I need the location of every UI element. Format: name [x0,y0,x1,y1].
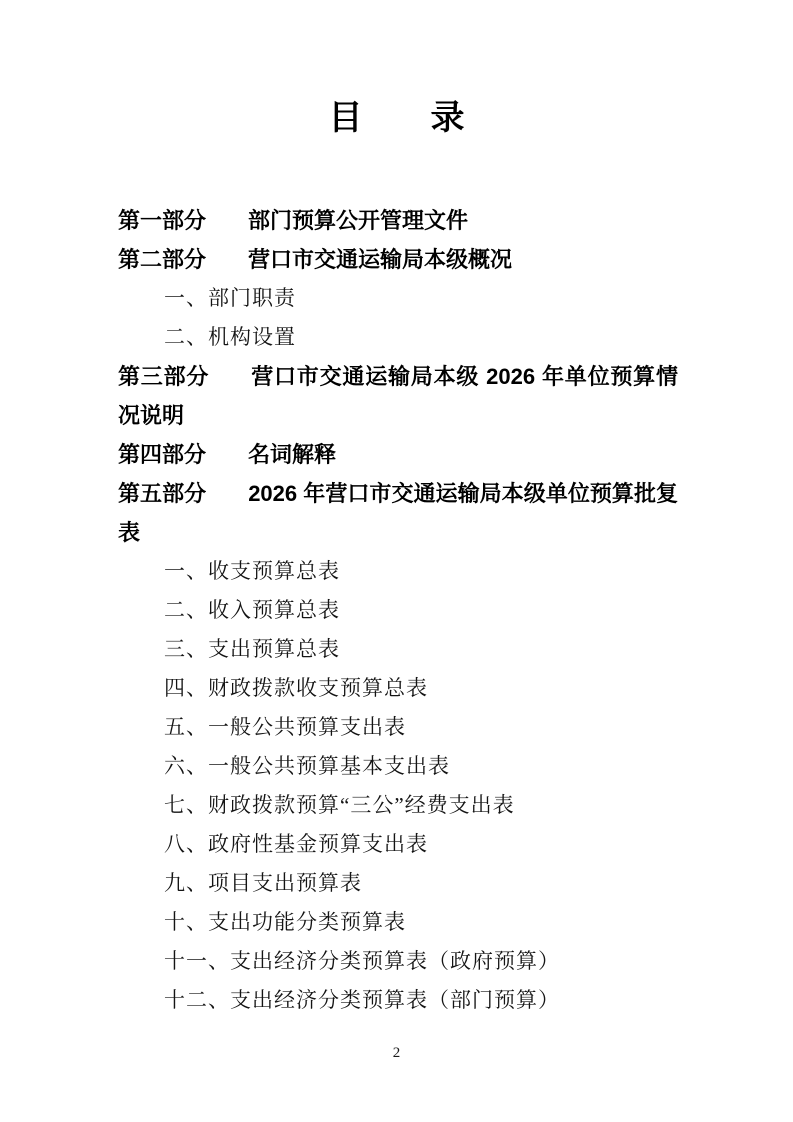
toc-entry-part-3: 第三部分营口市交通运输局本级 2026 年单位预算情况说明 [118,357,678,435]
toc-part-label: 第二部分 [118,247,206,272]
toc-part-text: 部门预算公开管理文件 [248,208,468,233]
page-title: 目 录 [0,95,793,141]
toc-entry-part-1: 第一部分部门预算公开管理文件 [118,201,678,240]
page-number: 2 [0,1045,793,1062]
toc-part-label: 第三部分 [118,364,209,389]
toc-entry-part-2: 第二部分营口市交通运输局本级概况 [118,240,678,279]
toc-entry-sub: 四、财政拨款收支预算总表 [118,669,678,708]
toc-entry-sub: 八、政府性基金预算支出表 [118,825,678,864]
toc-entry-part-5: 第五部分2026 年营口市交通运输局本级单位预算批复表 [118,474,678,552]
toc-entry-sub: 二、收入预算总表 [118,591,678,630]
toc-part-text: 名词解释 [248,442,336,467]
toc-part-text: 营口市交通运输局本级概况 [248,247,512,272]
toc-entry-sub: 一、收支预算总表 [118,552,678,591]
toc-entry-sub: 一、部门职责 [118,279,678,318]
toc-entry-sub: 十一、支出经济分类预算表（政府预算） [118,942,678,981]
toc-entry-sub: 二、机构设置 [118,318,678,357]
toc-part-label: 第四部分 [118,442,206,467]
toc-list: 第一部分部门预算公开管理文件 第二部分营口市交通运输局本级概况 一、部门职责 二… [118,201,678,1020]
toc-part-label: 第五部分 [118,481,206,506]
toc-entry-sub: 五、一般公共预算支出表 [118,708,678,747]
toc-entry-sub: 七、财政拨款预算“三公”经费支出表 [118,786,678,825]
toc-entry-sub: 六、一般公共预算基本支出表 [118,747,678,786]
toc-entry-sub: 十二、支出经济分类预算表（部门预算） [118,981,678,1020]
toc-entry-sub: 十、支出功能分类预算表 [118,903,678,942]
toc-entry-part-4: 第四部分名词解释 [118,435,678,474]
toc-entry-sub: 三、支出预算总表 [118,630,678,669]
toc-part-label: 第一部分 [118,208,206,233]
toc-entry-sub: 九、项目支出预算表 [118,864,678,903]
document-page: 目 录 第一部分部门预算公开管理文件 第二部分营口市交通运输局本级概况 一、部门… [0,0,793,1122]
